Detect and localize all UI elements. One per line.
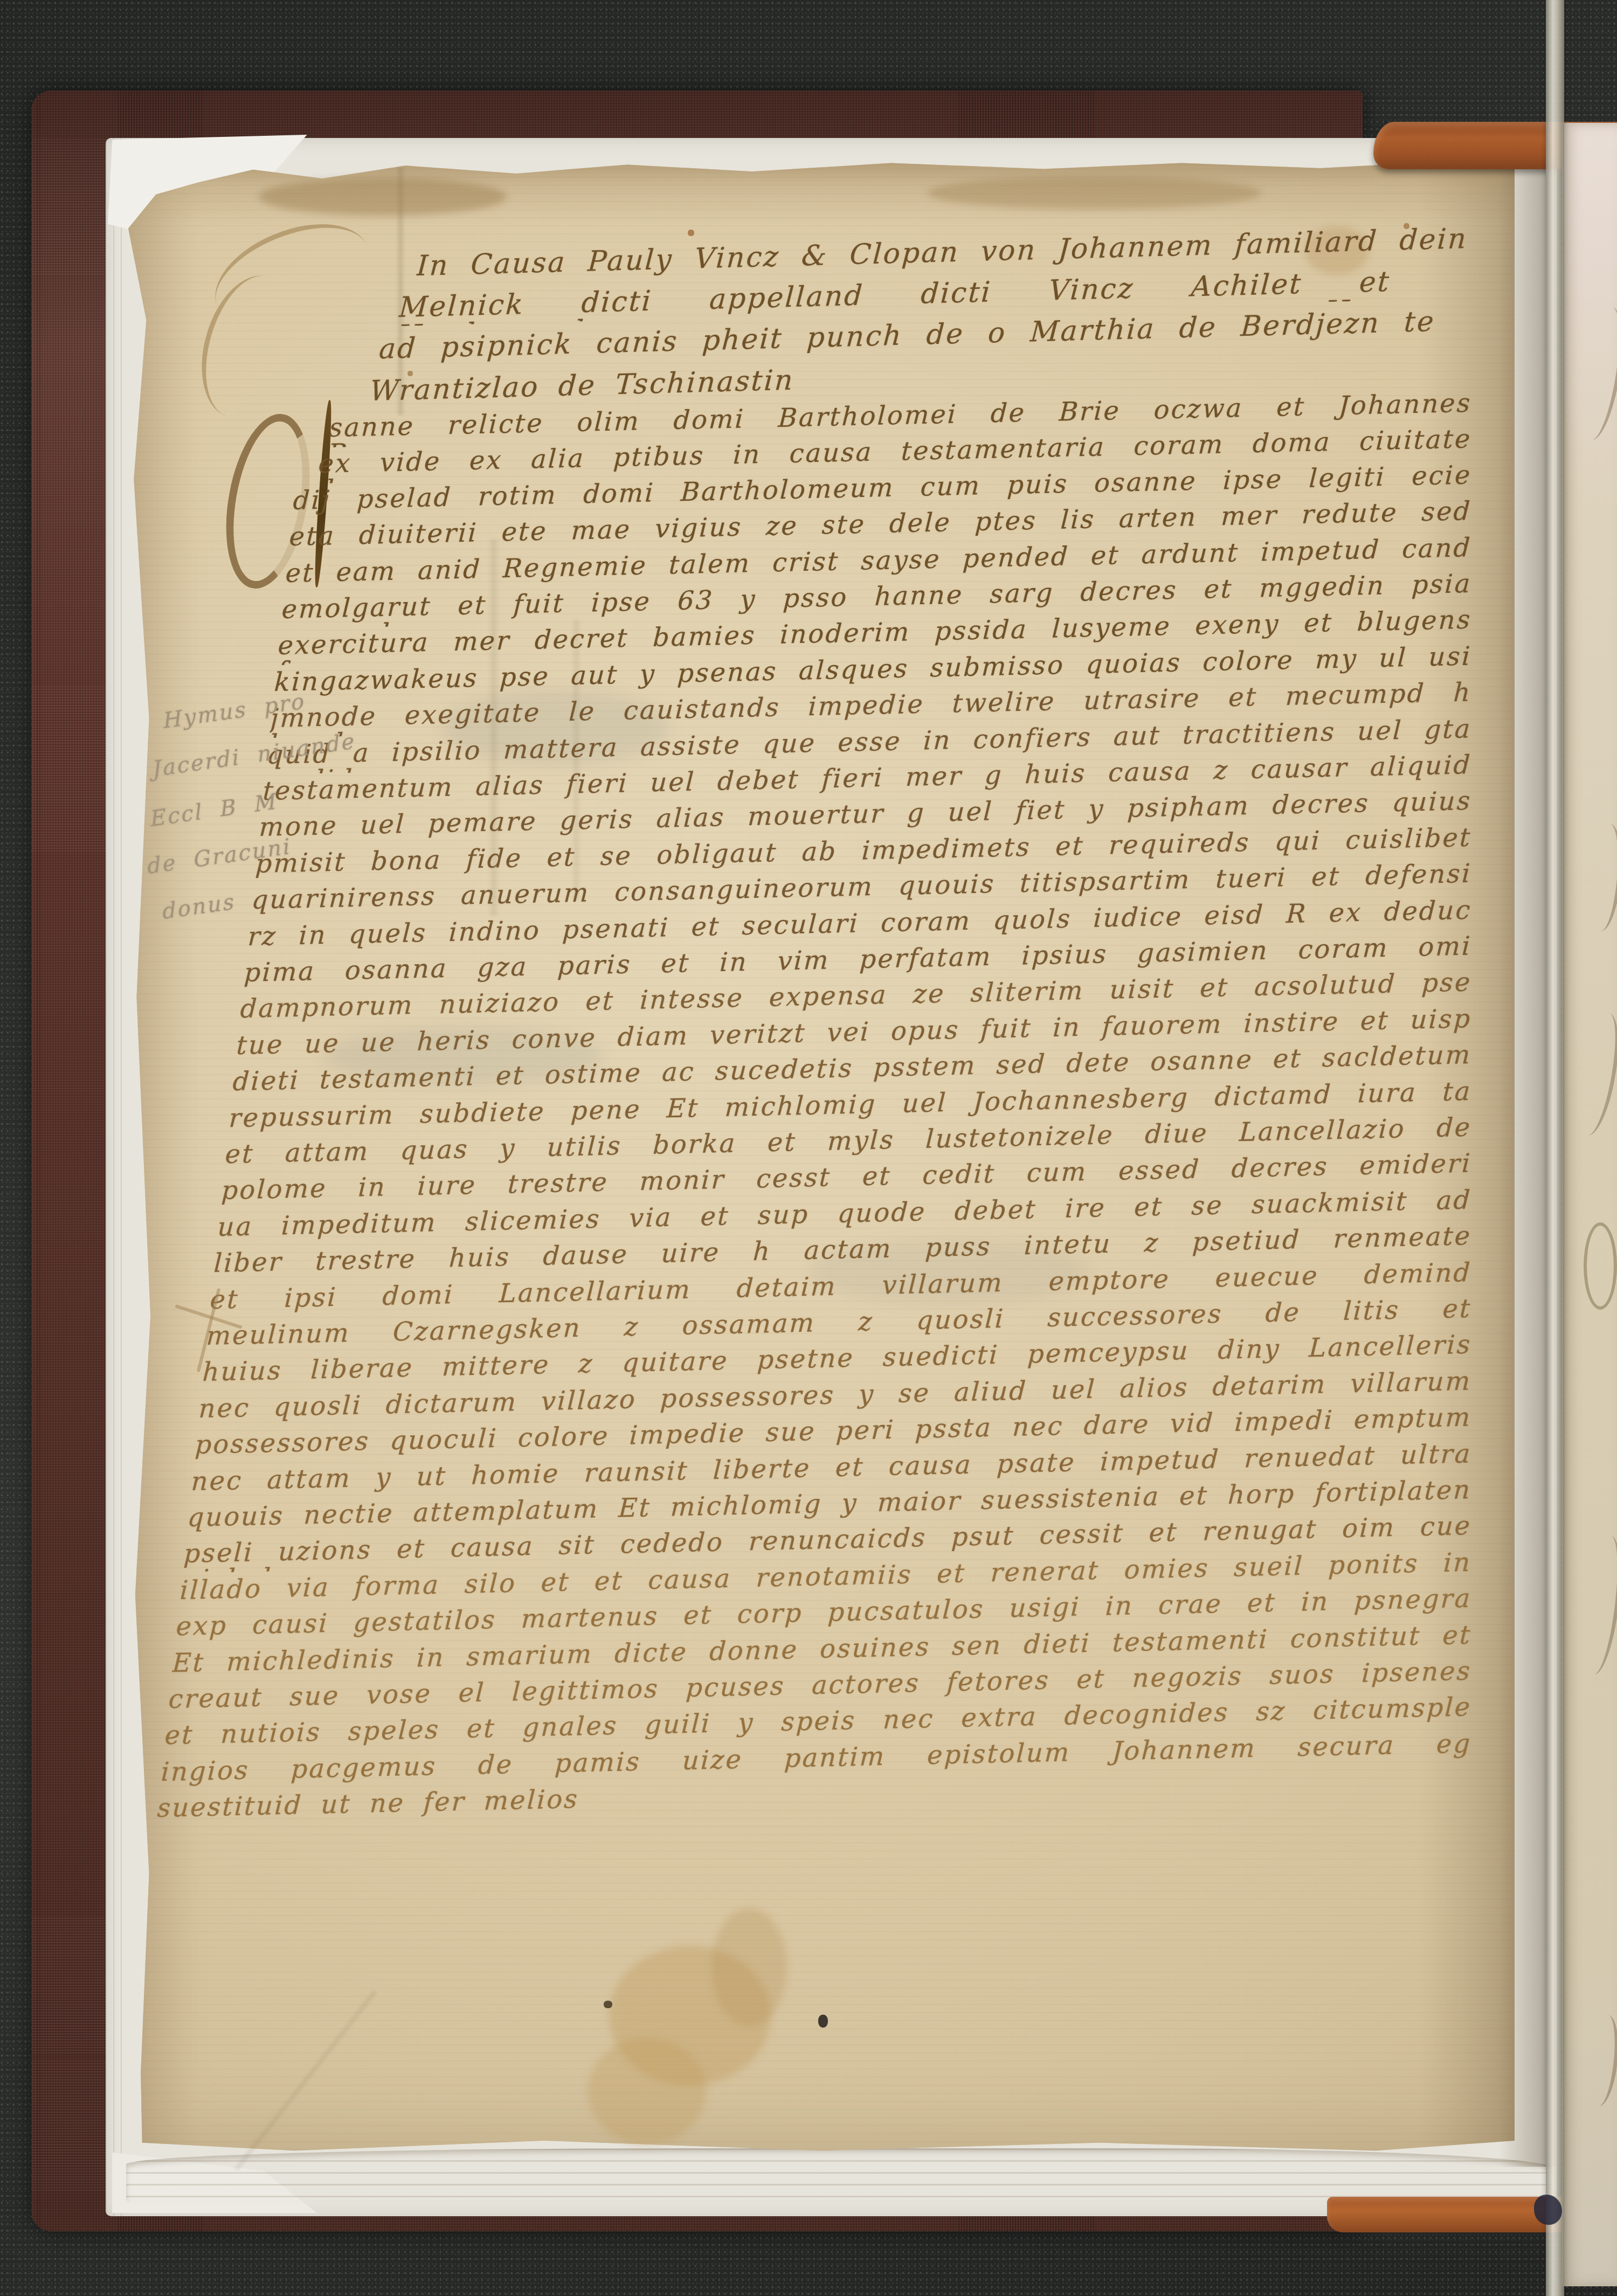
dark-speck (818, 2015, 828, 2028)
manuscript-scan: In Causa Pauly Vincz & Clopan von Johann… (0, 0, 1617, 2296)
dark-speck (604, 2001, 612, 2008)
facing-page-sliver (1562, 123, 1617, 2286)
glass-plate-edge (1546, 0, 1564, 2296)
margin-cross-mark (174, 1287, 249, 1373)
stain-top-edge (927, 177, 1261, 209)
facing-page-ink-stroke (1577, 1533, 1617, 1676)
cross-stroke (197, 1288, 221, 1373)
facing-page-ink-stroke (1573, 304, 1617, 442)
rust-speck (688, 230, 694, 236)
under-pages-bottom-edge (126, 2148, 1554, 2202)
facing-page-ink-stroke (1584, 2014, 1617, 2108)
stain-top-edge (259, 178, 507, 216)
stain-spot (588, 2037, 706, 2145)
facing-page-ink-stroke (1584, 1222, 1617, 1310)
facing-page-ink-stroke (1571, 1010, 1617, 1138)
stain-spot (711, 1908, 787, 2027)
facing-page-ink-stroke (1585, 822, 1617, 932)
